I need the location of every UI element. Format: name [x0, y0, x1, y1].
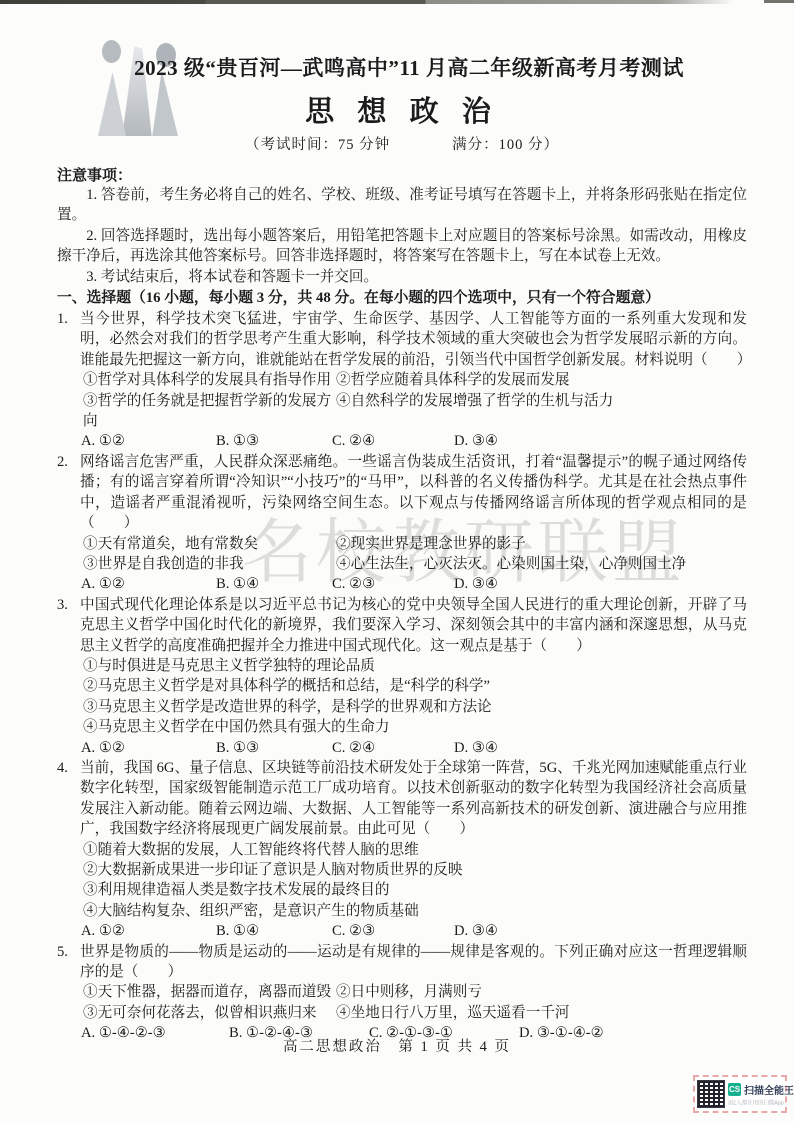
- option-4: ④心生法生，心灭法灭。心染则国土染，心净则国土净: [336, 554, 747, 574]
- option-3: ③无可奈何花落去，似曾相识燕归来: [83, 1003, 336, 1023]
- question-5-number: 5.: [57, 942, 80, 1044]
- option-2: ②现实世界是理念世界的影子: [336, 534, 747, 554]
- question-1-number: 1.: [57, 309, 80, 452]
- choice-b: B. ①③: [216, 431, 332, 451]
- notice-item-3: 3. 考试结束后，将本试卷和答题卡一并交回。: [57, 267, 747, 287]
- choice-c: C. ②④: [332, 431, 454, 451]
- option-1: ①随着大数据的发展，人工智能终将代替人脑的思维: [83, 840, 747, 860]
- choice-a: A. ①②: [81, 574, 216, 594]
- question-3-options: ①与时俱进是马克思主义哲学独特的理论品质 ②马克思主义哲学是对具体科学的概括和总…: [83, 656, 747, 738]
- option-1: ①与时俱进是马克思主义哲学独特的理论品质: [83, 656, 747, 676]
- question-3: 3. 中国式现代化理论体系是以习近平总书记为核心的党中央领导全国人民进行的重大理…: [57, 595, 747, 758]
- section-heading: 一、选择题（16 小题，每小题 3 分，共 48 分。在每小题的四个选项中，只有…: [57, 288, 747, 309]
- option-3: ③世界是自我创造的非我: [83, 554, 336, 574]
- option-3: ③马克思主义哲学是改造世界的科学，是科学的世界观和方法论: [83, 697, 747, 717]
- option-1: ①天下惟器，据器而道存，离器而道毁: [83, 982, 336, 1002]
- choice-a: A. ①②: [81, 921, 216, 941]
- question-1-choices: A. ①② B. ①③ C. ②④ D. ③④: [81, 431, 747, 451]
- choice-c: C. ②③: [332, 921, 454, 941]
- option-1: ①哲学对具体科学的发展具有指导作用: [83, 370, 336, 390]
- option-4: ④坐地日行八万里，巡天遥看一千河: [336, 1003, 747, 1023]
- camscanner-tagline: 3亿人都在用的扫描App: [728, 1098, 777, 1106]
- scan-artifact-strip-right: [764, 0, 794, 3]
- question-1-options: ①哲学对具体科学的发展具有指导作用 ②哲学应随着具体科学的发展而发展 ③哲学的任…: [83, 370, 747, 431]
- camscanner-badge: CS 扫描全能王 3亿人都在用的扫描App: [693, 1075, 787, 1113]
- exam-title: 2023 级“贵百河—武鸣高中”11 月高二年级新高考月考测试: [57, 52, 747, 82]
- choice-d: D. ③④: [454, 574, 747, 594]
- choice-b: B. ①④: [216, 574, 332, 594]
- option-3: ③利用规律造福人类是数字技术发展的最终目的: [83, 880, 747, 900]
- question-4-options: ①随着大数据的发展，人工智能终将代替人脑的思维 ②大数据新成果进一步印证了意识是…: [83, 840, 747, 922]
- question-2-options: ①天有常道矣，地有常数矣 ②现实世界是理念世界的影子 ③世界是自我创造的非我 ④…: [83, 534, 747, 575]
- notice-item-2: 2. 回答选择题时，选出每小题答案后，用铅笔把答题卡上对应题目的答案标号涂黑。如…: [57, 226, 747, 267]
- option-3: ③哲学的任务就是把握哲学新的发展方向: [83, 391, 336, 432]
- qr-code-icon: [698, 1081, 724, 1107]
- choice-d: D. ③④: [454, 431, 747, 451]
- option-4: ④大脑结构复杂、组织严密，是意识产生的物质基础: [83, 901, 747, 921]
- option-4: ④马克思主义哲学在中国仍然具有强大的生命力: [83, 717, 747, 737]
- scan-artifact-strip: [0, 0, 734, 4]
- page-content: 2023 级“贵百河—武鸣高中”11 月高二年级新高考月考测试 思 想 政 治 …: [57, 52, 747, 1044]
- question-5-options: ①天下惟器，据器而道存，离器而道毁 ②日中则移，月满则亏 ③无可奈何花落去，似曾…: [83, 982, 747, 1023]
- exam-paper-page: 名校教研联盟 2023 级“贵百河—武鸣高中”11 月高二年级新高考月考测试 思…: [0, 0, 794, 1123]
- choice-b: B. ①④: [216, 921, 332, 941]
- question-4-choices: A. ①② B. ①④ C. ②③ D. ③④: [81, 921, 747, 941]
- question-4: 4. 当前，我国 6G、量子信息、区块链等前沿技术研发处于全球第一阵营，5G、千…: [57, 758, 747, 942]
- option-2: ②哲学应随着具体科学的发展而发展: [336, 370, 747, 390]
- option-1: ①天有常道矣，地有常数矣: [83, 534, 336, 554]
- question-1-stem: 当今世界，科学技术突飞猛进，宇宙学、生命医学、基因学、人工智能等方面的一系列重大…: [80, 309, 747, 370]
- choice-b: B. ①③: [216, 738, 332, 758]
- question-3-stem: 中国式现代化理论体系是以习近平总书记为核心的党中央领导全国人民进行的重大理论创新…: [80, 595, 747, 656]
- choice-c: C. ②④: [332, 738, 454, 758]
- question-3-number: 3.: [57, 595, 80, 758]
- exam-info-line: （考试时间：75 分钟 满分：100 分）: [57, 133, 747, 154]
- notice-heading: 注意事项：: [57, 164, 747, 185]
- choice-c: C. ②③: [332, 574, 454, 594]
- subject-title: 思 想 政 治: [57, 89, 747, 130]
- camscanner-logo-icon: CS: [728, 1083, 741, 1096]
- question-4-stem: 当前，我国 6G、量子信息、区块链等前沿技术研发处于全球第一阵营，5G、千兆光网…: [80, 758, 747, 840]
- question-5-stem: 世界是物质的——物质是运动的——运动是有规律的——规律是客观的。下列正确对应这一…: [80, 942, 747, 983]
- option-4: ④自然科学的发展增强了哲学的生机与活力: [336, 391, 747, 432]
- option-2: ②日中则移，月满则亏: [336, 982, 747, 1002]
- choice-a: A. ①②: [81, 431, 216, 451]
- question-2-number: 2.: [57, 452, 80, 595]
- camscanner-app-name: 扫描全能王: [744, 1082, 794, 1097]
- question-1: 1. 当今世界，科学技术突飞猛进，宇宙学、生命医学、基因学、人工智能等方面的一系…: [57, 309, 747, 452]
- choice-d: D. ③④: [454, 921, 747, 941]
- notice-block: 注意事项： 1. 答卷前，考生务必将自己的姓名、学校、班级、准考证号填写在答题卡…: [57, 164, 747, 287]
- question-5: 5. 世界是物质的——物质是运动的——运动是有规律的——规律是客观的。下列正确对…: [57, 942, 747, 1044]
- question-3-choices: A. ①② B. ①③ C. ②④ D. ③④: [81, 738, 747, 758]
- choice-a: A. ①②: [81, 738, 216, 758]
- page-footer: 高二思想政治 第 1 页 共 4 页: [0, 1035, 794, 1056]
- question-2: 2. 网络谣言危害严重，人民群众深恶痛绝。一些谣言伪装成生活资讯，打着“温馨提示…: [57, 452, 747, 595]
- option-2: ②马克思主义哲学是对具体科学的概括和总结，是“科学的科学”: [83, 676, 747, 696]
- choice-d: D. ③④: [454, 738, 747, 758]
- question-2-choices: A. ①② B. ①④ C. ②③ D. ③④: [81, 574, 747, 594]
- option-2: ②大数据新成果进一步印证了意识是人脑对物质世界的反映: [83, 860, 747, 880]
- question-2-stem: 网络谣言危害严重，人民群众深恶痛绝。一些谣言伪装成生活资讯，打着“温馨提示”的幌…: [80, 452, 747, 534]
- question-4-number: 4.: [57, 758, 80, 942]
- notice-item-1: 1. 答卷前，考生务必将自己的姓名、学校、班级、准考证号填写在答题卡上，并将条形…: [57, 185, 747, 226]
